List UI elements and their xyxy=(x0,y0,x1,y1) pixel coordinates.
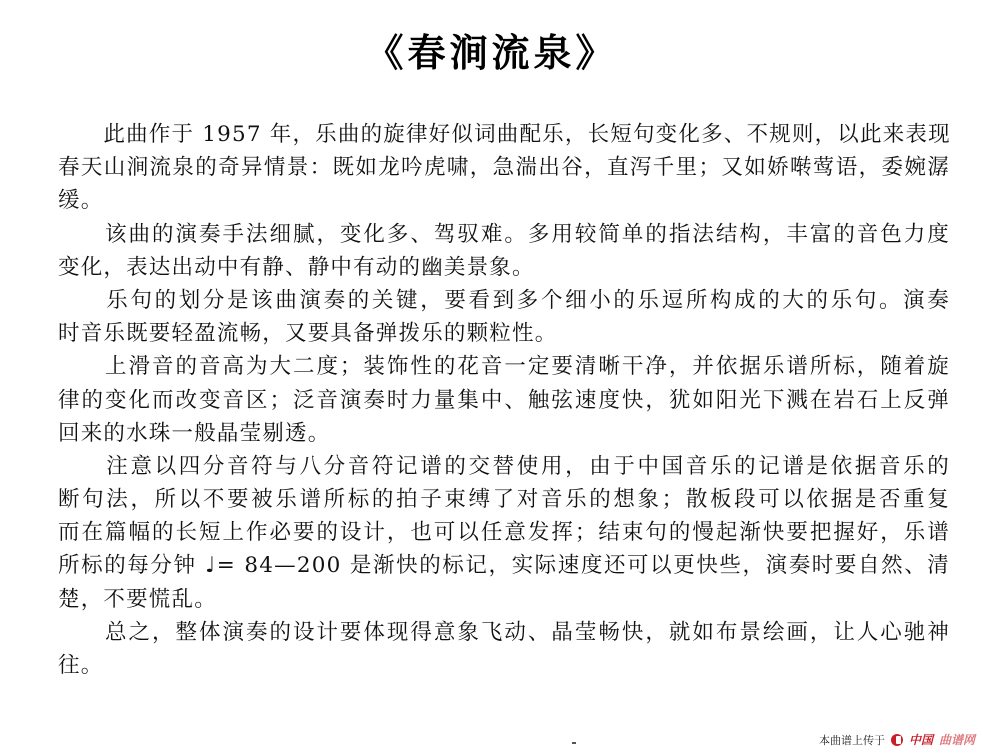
text-line: 所标的每分钟 ♩= 84—200 是渐快的标记，实际速度还可以更快些，演奏时要自… xyxy=(58,549,950,582)
text-line: 缓。 xyxy=(58,184,950,217)
text-line: 该曲的演奏手法细腻，变化多、驾驭难。多用较简单的指法结构，丰富的音色力度 xyxy=(58,218,950,251)
text-line: 乐句的划分是该曲演奏的关键，要看到多个细小的乐逗所构成的大的乐句。演奏 xyxy=(58,284,950,317)
site-name-part-b: 曲谱网 xyxy=(939,731,975,748)
text-line: 上滑音的音高为大二度；装饰性的花音一定要清晰干净，并依据乐谱所标，随着旋 xyxy=(58,350,950,383)
text-line: 此曲作于 1957 年，乐曲的旋律好似词曲配乐，长短句变化多、不规则，以此来表现 xyxy=(58,118,950,151)
text-line: 时音乐既要轻盈流畅，又要具备弹拨乐的颗粒性。 xyxy=(58,317,950,350)
text-line: 断句法，所以不要被乐谱所标的拍子束缚了对音乐的想象；散板段可以依据是否重复 xyxy=(58,483,950,516)
text-line: 注意以四分音符与八分音符记谱的交替使用，由于中国音乐的记谱是依据音乐的 xyxy=(58,450,950,483)
page-title: 《春涧流泉》 xyxy=(0,28,983,78)
site-logo-icon xyxy=(891,734,903,746)
article-body: 此曲作于 1957 年，乐曲的旋律好似词曲配乐，长短句变化多、不规则，以此来表现… xyxy=(58,118,950,682)
text-line: 总之，整体演奏的设计要体现得意象飞动、晶莹畅快，就如布景绘画，让人心驰神 xyxy=(58,616,950,649)
text-line: 回来的水珠一般晶莹剔透。 xyxy=(58,417,950,450)
upload-label: 本曲谱上传于 xyxy=(819,732,885,748)
site-name-part-a: 中国 xyxy=(909,731,933,748)
text-line: 春天山涧流泉的奇异情景：既如龙吟虎啸，急湍出谷，直泻千里；又如娇啭莺语，委婉潺 xyxy=(58,151,950,184)
text-line: 楚，不要慌乱。 xyxy=(58,583,950,616)
text-line: 而在篇幅的长短上作必要的设计，也可以任意发挥；结束句的慢起渐快要把握好，乐谱 xyxy=(58,516,950,549)
text-line: 变化，表达出动中有静、静中有动的幽美景象。 xyxy=(58,251,950,284)
text-line: 往。 xyxy=(58,649,950,682)
text-line: 律的变化而改变音区；泛音演奏时力量集中、触弦速度快，犹如阳光下溅在岩石上反弹 xyxy=(58,384,950,417)
scan-mark xyxy=(572,742,576,744)
watermark-footer: 本曲谱上传于 中国曲谱网 xyxy=(819,731,975,748)
